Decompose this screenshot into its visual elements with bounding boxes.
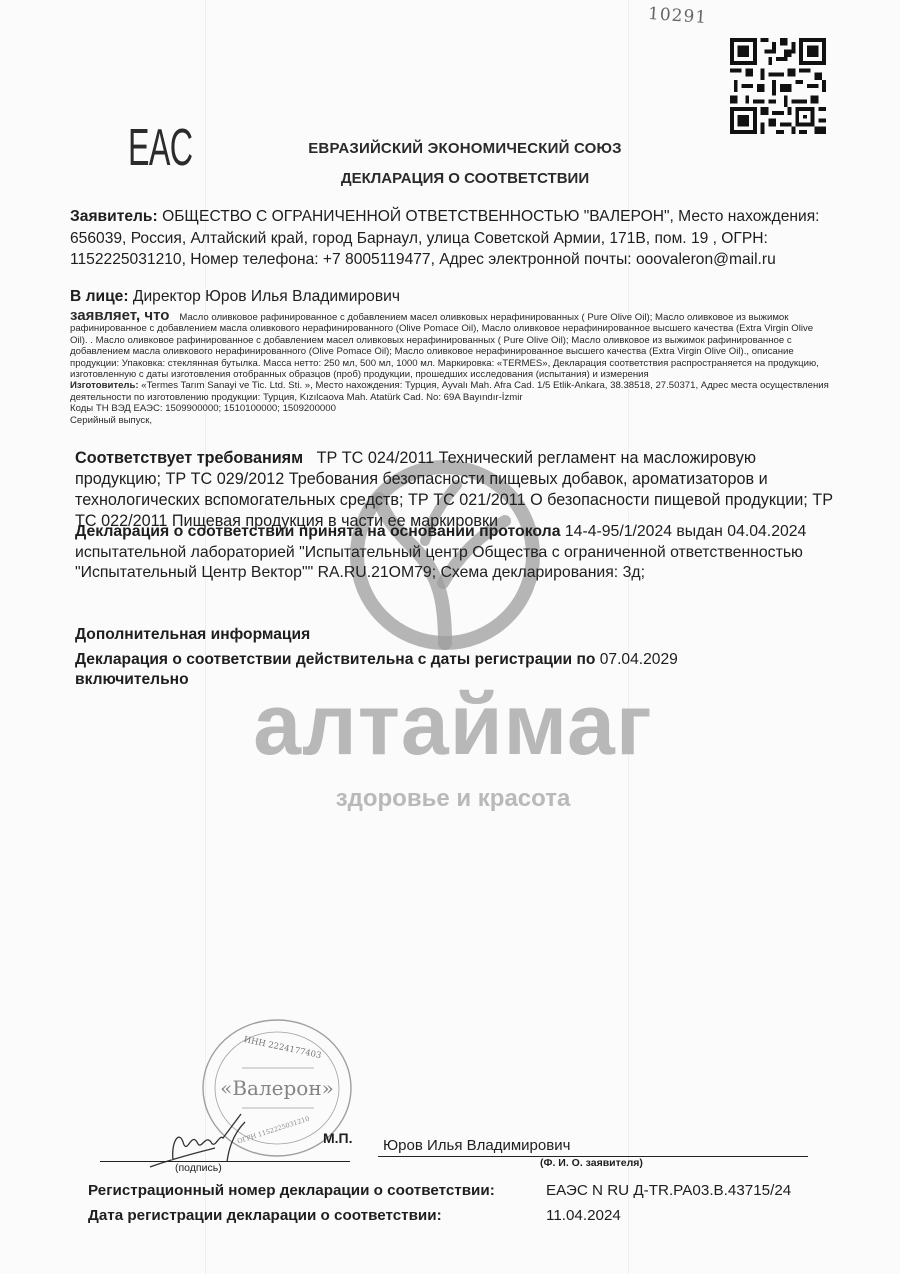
applicant-label: Заявитель:	[70, 208, 158, 225]
manufacturer-text: «Termes Tarım Sanayi ve Tic. Ltd. Sti. »…	[70, 380, 829, 402]
applicant-text: ОБЩЕСТВО С ОГРАНИЧЕННОЙ ОТВЕТСТВЕННОСТЬЮ…	[70, 208, 820, 268]
signature-line	[100, 1161, 350, 1162]
signer-name: Юров Илья Владимирович	[383, 1137, 570, 1154]
svg-text:«Валерон»: «Валерон»	[220, 1076, 334, 1100]
registration-date: 11.04.2024	[546, 1207, 621, 1224]
signer-caption: (Ф. И. О. заявителя)	[540, 1157, 643, 1169]
representative-section: В лице: Директор Юров Илья Владимирович	[70, 288, 830, 306]
watermark-brand: алтаймаг	[218, 680, 688, 770]
handwritten-note: 10291	[647, 4, 707, 28]
declares-label: заявляет, что	[70, 307, 169, 324]
protocol-section: Декларация о соответствии принята на осн…	[75, 522, 835, 584]
applicant-section: Заявитель: ОБЩЕСТВО С ОГРАНИЧЕННОЙ ОТВЕТ…	[70, 206, 830, 271]
validity-date: 07.04.2029	[600, 651, 678, 668]
requirements-label: Соответствует требованиям	[75, 449, 303, 467]
hs-codes: Коды ТН ВЭД ЕАЭС: 1509900000; 1510100000…	[70, 403, 336, 414]
protocol-label: Декларация о соответствии принята на осн…	[75, 523, 560, 540]
product-declaration-section: заявляет, чтоМасло оливковое рафинирован…	[70, 310, 830, 426]
validity-suffix: включительно	[75, 671, 189, 688]
scan-fold-line	[628, 0, 629, 1274]
seal-label: М.П.	[323, 1130, 353, 1146]
qr-code-icon	[728, 38, 828, 134]
requirements-section: Соответствует требованиям ТР ТС 024/2011…	[75, 448, 835, 532]
batch-type: Серийный выпуск,	[70, 415, 152, 426]
watermark-tagline: здоровье и красота	[218, 785, 688, 813]
registration-date-label: Дата регистрации декларации о соответств…	[88, 1207, 442, 1224]
document-title: ДЕКЛАРАЦИЯ О СООТВЕТСТВИИ	[0, 170, 900, 187]
registration-number: ЕАЭС N RU Д-TR.РА03.В.43715/24	[546, 1182, 791, 1199]
union-title: ЕВРАЗИЙСКИЙ ЭКОНОМИЧЕСКИЙ СОЮЗ	[0, 140, 900, 157]
registration-number-label: Регистрационный номер декларации о соотв…	[88, 1182, 495, 1199]
svg-text:ИНН 2224177403: ИНН 2224177403	[243, 1035, 322, 1061]
manufacturer-label: Изготовитель:	[70, 380, 139, 391]
additional-info-label: Дополнительная информация	[75, 626, 310, 644]
representative-label: В лице:	[70, 288, 129, 305]
product-description: Масло оливковое рафинированное с добавле…	[70, 312, 819, 380]
signature-caption: (подпись)	[175, 1162, 222, 1174]
validity-label: Декларация о соответствии действительна …	[75, 651, 595, 668]
representative-name: Директор Юров Илья Владимирович	[133, 288, 400, 305]
